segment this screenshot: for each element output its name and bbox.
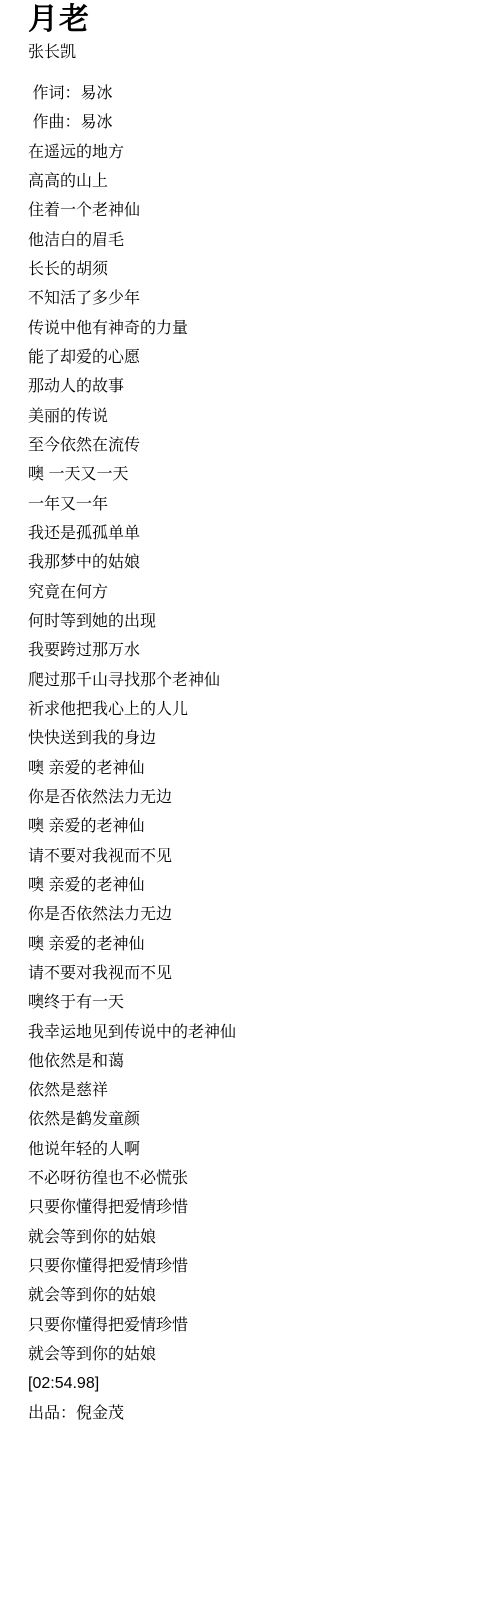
lyric-line: 只要你懂得把爱情珍惜 <box>28 1311 480 1340</box>
lyric-line: 传说中他有神奇的力量 <box>28 314 480 343</box>
lyric-line: 我要跨过那万水 <box>28 636 480 665</box>
lyric-line: 请不要对我视而不见 <box>28 842 480 871</box>
lyric-line: 那动人的故事 <box>28 372 480 401</box>
lyric-line: 就会等到你的姑娘 <box>28 1223 480 1252</box>
lyric-line: 至今依然在流传 <box>28 431 480 460</box>
lyric-line: 只要你懂得把爱情珍惜 <box>28 1252 480 1281</box>
lyric-line: 请不要对我视而不见 <box>28 959 480 988</box>
lyric-line: 爬过那千山寻找那个老神仙 <box>28 666 480 695</box>
lyric-line: 作曲：易冰 <box>28 108 480 137</box>
lyric-line: 快快送到我的身边 <box>28 724 480 753</box>
lyric-line: 就会等到你的姑娘 <box>28 1340 480 1369</box>
lyric-line: 不必呀彷徨也不必慌张 <box>28 1164 480 1193</box>
lyric-line: 我那梦中的姑娘 <box>28 548 480 577</box>
lyric-line: 不知活了多少年 <box>28 284 480 313</box>
lyric-line: 依然是鹤发童颜 <box>28 1105 480 1134</box>
lyric-line: 依然是慈祥 <box>28 1076 480 1105</box>
lyric-line: 在遥远的地方 <box>28 138 480 167</box>
lyric-line: 噢终于有一天 <box>28 988 480 1017</box>
lyrics-page: 月老 张长凯 作词：易冰 作曲：易冰在遥远的地方高高的山上住着一个老神仙他洁白的… <box>0 0 500 1600</box>
song-artist: 张长凯 <box>28 43 480 63</box>
lyric-line: 你是否依然法力无边 <box>28 783 480 812</box>
lyric-line: 噢 亲爱的老神仙 <box>28 812 480 841</box>
lyric-line: 何时等到她的出现 <box>28 607 480 636</box>
lyric-line: 他洁白的眉毛 <box>28 226 480 255</box>
song-title: 月老 <box>28 2 480 38</box>
lyric-line: 就会等到你的姑娘 <box>28 1281 480 1310</box>
lyric-line: 住着一个老神仙 <box>28 196 480 225</box>
lyric-line: 噢 亲爱的老神仙 <box>28 930 480 959</box>
lyric-line: 究竟在何方 <box>28 578 480 607</box>
lyric-line: [02:54.98] <box>28 1369 480 1398</box>
lyric-line: 噢 亲爱的老神仙 <box>28 871 480 900</box>
lyric-line: 长长的胡须 <box>28 255 480 284</box>
lyric-line: 我还是孤孤单单 <box>28 519 480 548</box>
lyric-line: 他说年轻的人啊 <box>28 1135 480 1164</box>
lyric-line: 我幸运地见到传说中的老神仙 <box>28 1018 480 1047</box>
lyric-line: 能了却爱的心愿 <box>28 343 480 372</box>
lyric-line: 祈求他把我心上的人儿 <box>28 695 480 724</box>
lyric-line: 出品：倪金茂 <box>28 1399 480 1428</box>
lyric-line: 高高的山上 <box>28 167 480 196</box>
lyric-line: 你是否依然法力无边 <box>28 900 480 929</box>
lyric-line: 噢 一天又一天 <box>28 460 480 489</box>
lyric-line: 只要你懂得把爱情珍惜 <box>28 1193 480 1222</box>
lyric-line: 噢 亲爱的老神仙 <box>28 754 480 783</box>
lyric-line: 他依然是和蔼 <box>28 1047 480 1076</box>
lyric-line: 一年又一年 <box>28 490 480 519</box>
lyric-line: 作词：易冰 <box>28 79 480 108</box>
lyrics-list: 作词：易冰 作曲：易冰在遥远的地方高高的山上住着一个老神仙他洁白的眉毛长长的胡须… <box>28 79 480 1428</box>
lyric-line: 美丽的传说 <box>28 402 480 431</box>
